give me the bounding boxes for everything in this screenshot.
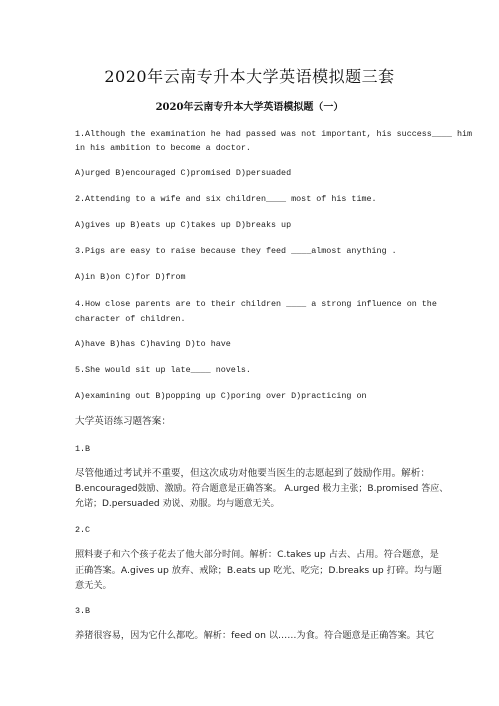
answer-1-line-1: 尽管他通过考试并不重要，但这次成功对他要当医生的志愿起到了鼓励作用。解析： bbox=[75, 468, 425, 480]
question-4-line-1: 4.How close parents are to their childre… bbox=[75, 298, 425, 310]
answer-2-key: 2.C bbox=[75, 524, 425, 536]
question-1-line-1: 1.Although the examination he had passed… bbox=[75, 128, 425, 140]
answer-3-line-1: 养猪很容易，因为它什么都吃。解析：feed on 以……为食。符合题意是正确答案… bbox=[75, 630, 425, 642]
answer-3-key: 3.B bbox=[75, 605, 425, 617]
document-page: 2020年云南专升本大学英语模拟题三套 2020年云南专升本大学英语模拟题（一）… bbox=[0, 0, 499, 706]
answer-1-line-2: B.encouraged鼓励、激励。符合题意是正确答案。 A.urged 极力主… bbox=[75, 483, 425, 495]
question-2-options: A)gives up B)eats up C)takes up D)breaks… bbox=[75, 219, 425, 231]
question-5-line-1: 5.She would sit up late____ novels. bbox=[75, 364, 425, 376]
question-4-options: A)have B)has C)having D)to have bbox=[75, 338, 425, 350]
section-subtitle: 2020年云南专升本大学英语模拟题（一） bbox=[0, 98, 499, 113]
answer-2-line-1: 照料妻子和六个孩子花去了他大部分时间。解析：C.takes up 占去、占用。符… bbox=[75, 549, 425, 561]
answer-1-line-3: 允诺；D.persuaded 劝说、劝服。均与题意无关。 bbox=[75, 498, 425, 510]
question-4-line-2: character of children. bbox=[75, 313, 425, 325]
question-5-options: A)examining out B)popping up C)poring ov… bbox=[75, 390, 425, 402]
answer-2-line-2: 正确答案。A.gives up 放弃、戒除；B.eats up 吃光、吃完；D.… bbox=[75, 565, 425, 577]
document-title: 2020年云南专升本大学英语模拟题三套 bbox=[0, 64, 499, 87]
answer-1-key: 1.B bbox=[75, 443, 425, 455]
question-1-line-2: in his ambition to become a doctor. bbox=[75, 142, 425, 154]
question-2-line-1: 2.Attending to a wife and six children__… bbox=[75, 193, 425, 205]
question-3-options: A)in B)on C)for D)from bbox=[75, 271, 425, 283]
answers-heading: 大学英语练习题答案： bbox=[75, 416, 425, 428]
question-3-line-1: 3.Pigs are easy to raise because they fe… bbox=[75, 245, 425, 257]
answer-2-line-3: 意无关。 bbox=[75, 580, 425, 592]
question-1-options: A)urged B)encouraged C)promised D)persua… bbox=[75, 167, 425, 179]
